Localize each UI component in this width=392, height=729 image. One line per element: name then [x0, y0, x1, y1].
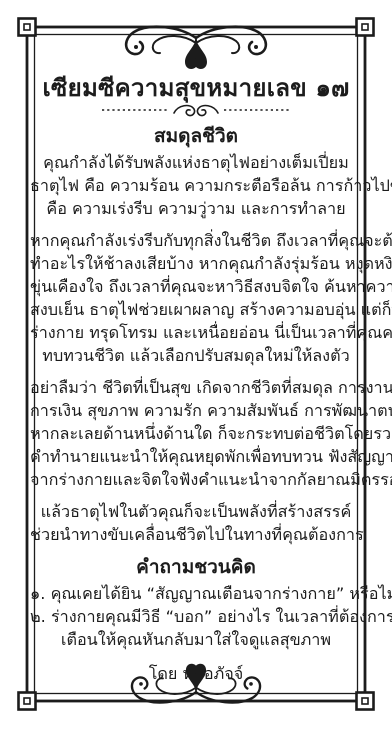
text-line: ช่วยนำทางขับเคลื่อนชีวิตไปในทางที่คุณต้อ… [30, 523, 362, 546]
text-line: ทำอะไรให้ช้าลงเสียบ้าง หากคุณกำลังรุ่มร้… [30, 252, 362, 275]
text-line: สงบเย็น ธาตุไฟช่วยเผาผลาญ สร้างความอบอุ่… [30, 298, 362, 321]
text-line: ร่างกาย ทรุดโทรม และเหนื่อยอ่อน นี่เป็นเ… [30, 321, 362, 344]
title-divider-ornament [96, 102, 296, 120]
question-item: ๑. คุณเคยได้ยิน “สัญญาณเตือนจากร่างกาย” … [30, 582, 362, 605]
paragraph: หากคุณกำลังเร่งรีบกับทุกสิ่งในชีวิต ถึงเ… [30, 229, 362, 367]
question-item: ๒. ร่างกายคุณมีวิธี “บอก” อย่างไร ในเวลา… [30, 605, 362, 628]
paragraph: อย่าลืมว่า ชีวิตที่เป็นสุข เกิดจากชีวิตท… [30, 376, 362, 491]
text-line: การเงิน สุขภาพ ความรัก ความสัมพันธ์ การพ… [30, 399, 362, 422]
fortune-card-page: เซียมซีความสุขหมายเลข ๑๗ สมดุลชีวิต คุณก… [0, 0, 392, 729]
top-flourish-ornament [111, 24, 281, 72]
page-title: เซียมซีความสุขหมายเลข ๑๗ [30, 72, 362, 104]
bottom-flourish-ornament [111, 661, 281, 705]
text-line: คุณกำลังได้รับพลังแห่งธาตุไฟอย่างเต็มเปี… [30, 151, 362, 174]
text-line: ธาตุไฟ คือ ความร้อน ความกระตือรือล้น การ… [30, 174, 362, 197]
questions-list: ๑. คุณเคยได้ยิน “สัญญาณเตือนจากร่างกาย” … [30, 582, 362, 651]
text-line: ขุ่นเคืองใจ ถึงเวลาที่คุณจะหาวิธีสงบจิตใ… [30, 275, 362, 298]
text-line: คือ ความเร่งรีบ ความวู่วาม และการทำลาย [30, 197, 362, 220]
text-line: หากละเลยด้านหนึ่งด้านใด ก็จะกระทบต่อชีวิ… [30, 422, 362, 445]
text-line: ทบทวนชีวิต แล้วเลือกปรับสมดุลใหม่ให้ลงตั… [30, 344, 362, 367]
text-line: จากร่างกายและจิตใจฟังคำแนะนำจากกัลยาณมิต… [30, 468, 362, 491]
text-line: แล้วธาตุไฟในตัวคุณก็จะเป็นพลังที่สร้างสร… [30, 500, 362, 523]
question-item-continued: เตือนให้คุณหันกลับมาใส่ใจดูแลสุขภาพ [30, 628, 362, 651]
section-heading-questions: คำถามชวนคิด [30, 554, 362, 580]
text-line: คำทำนายแนะนำให้คุณหยุดพักเพื่อทบทวน ฟังส… [30, 445, 362, 468]
paragraph: คุณกำลังได้รับพลังแห่งธาตุไฟอย่างเต็มเปี… [30, 151, 362, 220]
paragraph: แล้วธาตุไฟในตัวคุณก็จะเป็นพลังที่สร้างสร… [30, 500, 362, 546]
text-line: หากคุณกำลังเร่งรีบกับทุกสิ่งในชีวิต ถึงเ… [30, 229, 362, 252]
section-heading-balance: สมดุลชีวิต [30, 123, 362, 149]
text-line: อย่าลืมว่า ชีวิตที่เป็นสุข เกิดจากชีวิตท… [30, 376, 362, 399]
card-content: เซียมซีความสุขหมายเลข ๑๗ สมดุลชีวิต คุณก… [30, 0, 362, 685]
